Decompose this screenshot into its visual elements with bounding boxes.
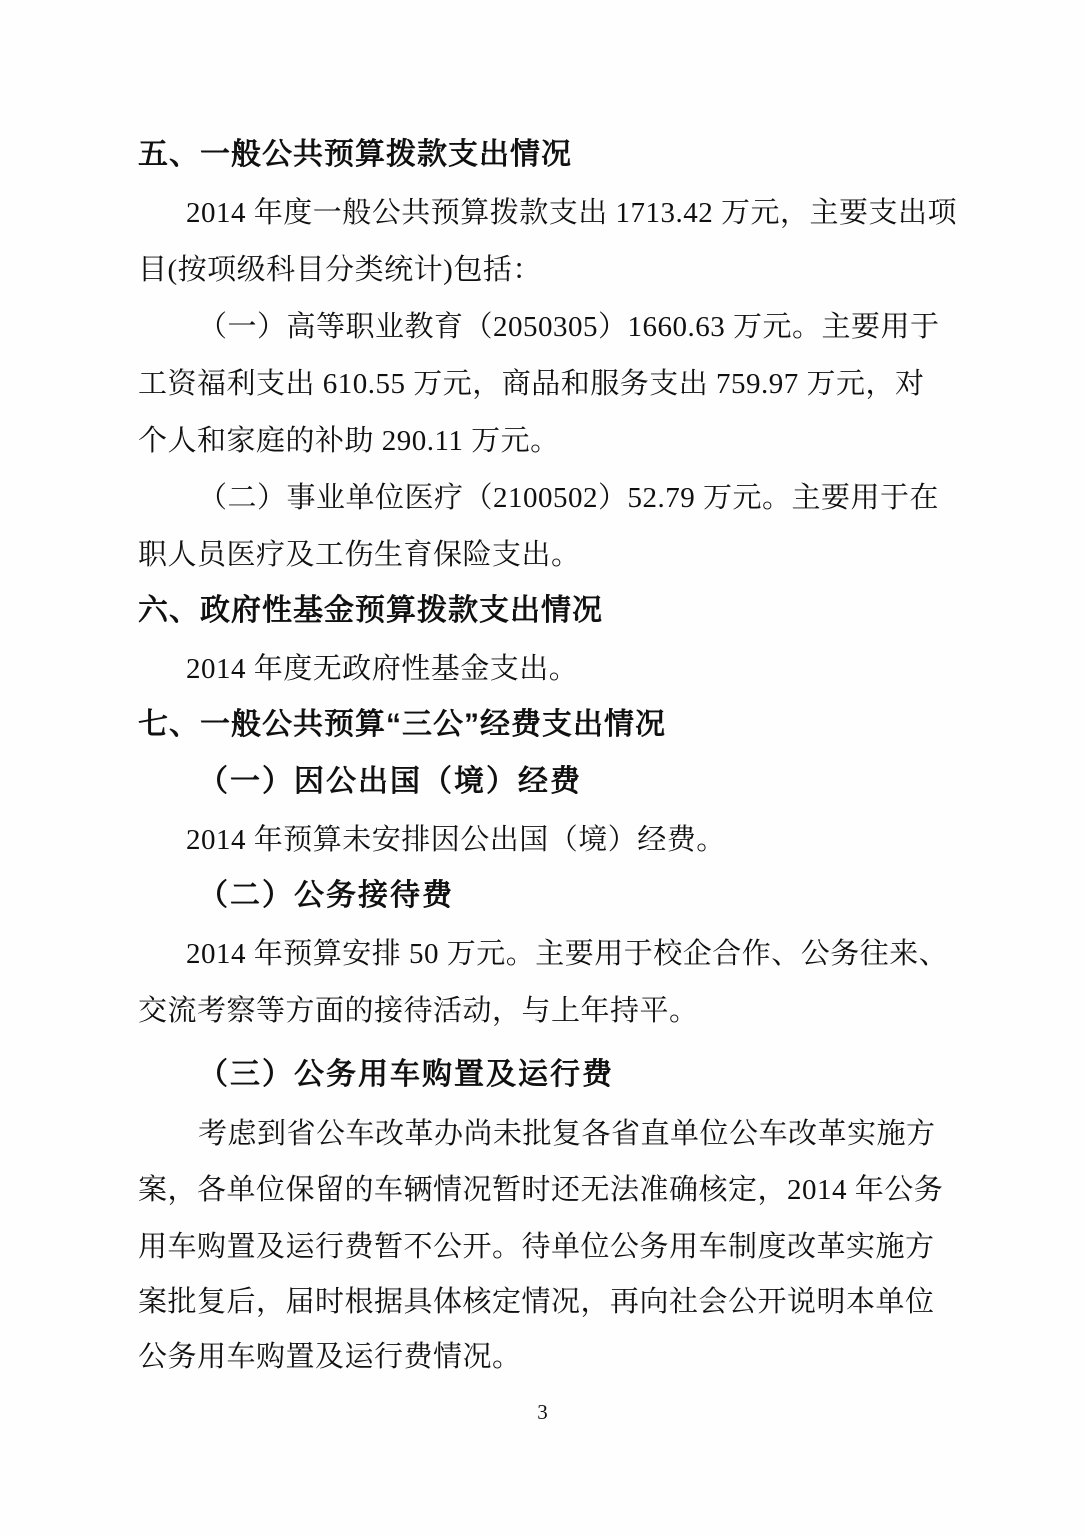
subsection-heading-1: （一）因公出国（境）经费 [138,765,1008,799]
paragraph-line: （一）高等职业教育（2050305）1660.63 万元。主要用于 [138,310,1008,344]
paragraph-line: 公务用车购置及运行费情况。 [138,1340,948,1374]
document-page: 五、一般公共预算拨款支出情况 2014 年度一般公共预算拨款支出 1713.42… [0,0,1085,1536]
paragraph-line: 2014 年度无政府性基金支出。 [138,652,996,686]
paragraph-line: 职人员医疗及工伤生育保险支出。 [138,538,948,572]
paragraph-line: 用车购置及运行费暂不公开。待单位公务用车制度改革实施方 [138,1230,948,1264]
paragraph-line: （二）事业单位医疗（2100502）52.79 万元。主要用于在 [138,481,1008,515]
paragraph-line: 2014 年预算安排 50 万元。主要用于校企合作、公务往来、 [138,937,996,971]
paragraph-line: 个人和家庭的补助 290.11 万元。 [138,424,948,458]
section-heading-6: 六、政府性基金预算拨款支出情况 [138,594,948,628]
paragraph-line: 2014 年度一般公共预算拨款支出 1713.42 万元，主要支出项 [138,196,996,230]
paragraph-line: 案，各单位保留的车辆情况暂时还无法准确核定，2014 年公务 [138,1173,948,1207]
subsection-heading-2: （二）公务接待费 [138,879,1008,913]
paragraph-line: 2014 年预算未安排因公出国（境）经费。 [138,823,996,857]
section-heading-7: 七、一般公共预算“三公”经费支出情况 [138,708,948,742]
subsection-heading-3: （三）公务用车购置及运行费 [138,1058,1008,1092]
paragraph-line: 目(按项级科目分类统计)包括： [138,253,948,287]
page-number: 3 [0,1400,1085,1425]
paragraph-line: 工资福利支出 610.55 万元，商品和服务支出 759.97 万元，对 [138,367,948,401]
paragraph-line: 考虑到省公车改革办尚未批复各省直单位公车改革实施方 [138,1117,1008,1151]
paragraph-line: 交流考察等方面的接待活动，与上年持平。 [138,994,948,1028]
section-heading-5: 五、一般公共预算拨款支出情况 [138,138,948,172]
paragraph-line: 案批复后，届时根据具体核定情况，再向社会公开说明本单位 [138,1285,948,1319]
